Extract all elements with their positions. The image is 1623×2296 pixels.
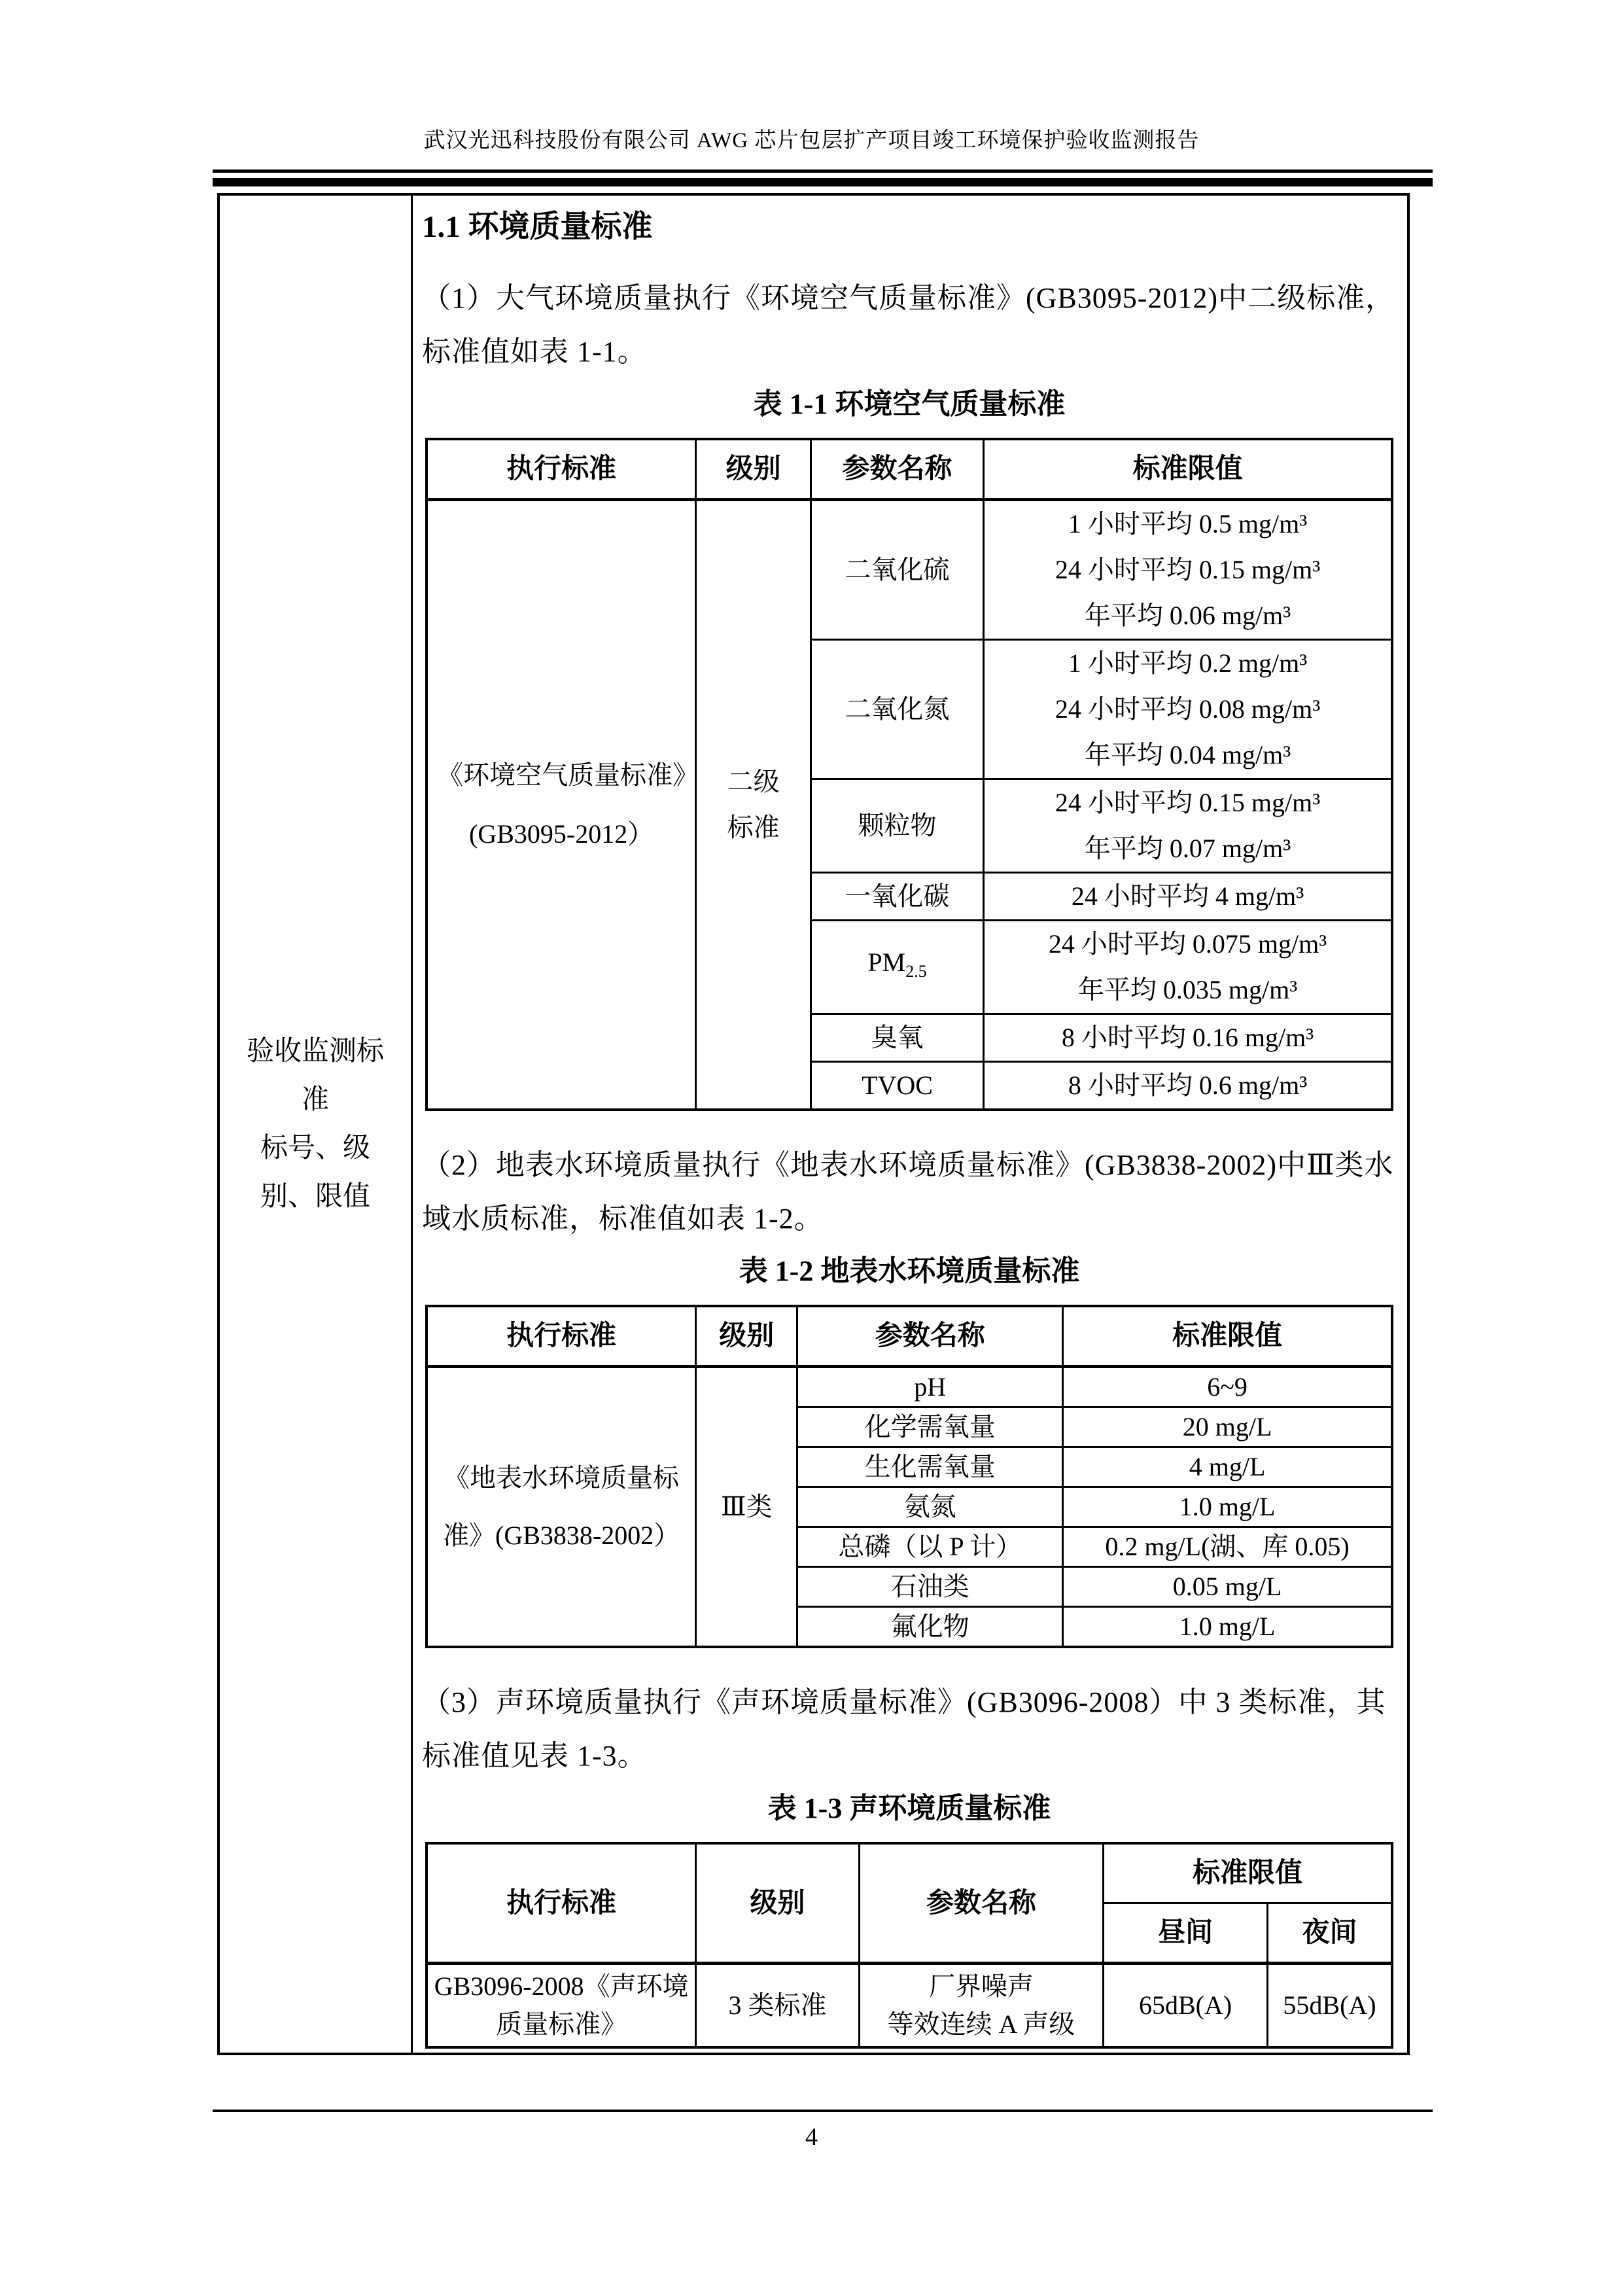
limit-line: 24 小时平均 4 mg/m³ [985,874,1391,919]
limit-cell: 6~9 [1063,1367,1392,1407]
param-cell: PM2.5 [811,921,983,1014]
air-quality-table: 执行标准 级别 参数名称 标准限值 《环境空气质量标准》(GB3095-2012… [425,438,1393,1111]
night-limit-cell: 55dB(A) [1268,1964,1392,2048]
param-cell: 二氧化氮 [811,640,983,779]
limit-line: 8 小时平均 0.16 mg/m³ [985,1015,1391,1061]
limit-line: 1 小时平均 0.5 mg/m³ [985,501,1391,547]
header-cell-standard: 执行标准 [427,439,696,500]
page-number: 4 [0,2119,1623,2155]
limit-line: 24 小时平均 0.08 mg/m³ [985,686,1391,732]
header-cell-limit: 标准限值 [1104,1843,1392,1903]
header-cell-param: 参数名称 [811,439,983,500]
param-cell: 一氧化碳 [811,873,983,921]
header-cell-standard: 执行标准 [427,1843,696,1964]
limit-cell: 4 mg/L [1063,1447,1392,1487]
param-cell: 生化需氧量 [797,1447,1063,1487]
header-cell-param: 参数名称 [797,1306,1063,1367]
limit-line: 年平均 0.06 mg/m³ [985,593,1391,639]
limit-cell: 1.0 mg/L [1063,1487,1392,1527]
limit-cell: 8 小时平均 0.16 mg/m³ [984,1014,1392,1062]
water-quality-table: 执行标准 级别 参数名称 标准限值 《地表水环境质量标准》(GB3838-200… [425,1305,1393,1648]
sidebar-label-detail: 标号、级别、限值 [244,1124,387,1221]
air-table-header-row: 执行标准 级别 参数名称 标准限值 [427,439,1392,500]
paragraph-air: （1）大气环境质量执行《环境空气质量标准》(GB3095-2012)中二级标准，… [422,272,1397,379]
standard-cell: GB3096-2008《声环境质量标准》 [427,1964,696,2048]
header-cell-nighttime: 夜间 [1268,1903,1392,1964]
limit-cell: 8 小时平均 0.6 mg/m³ [984,1062,1392,1110]
param-cell: 二氧化硫 [811,500,983,640]
limit-line: 24 小时平均 0.15 mg/m³ [985,780,1391,826]
param-cell: TVOC [811,1062,983,1110]
limit-cell: 24 小时平均 0.075 mg/m³ 年平均 0.035 mg/m³ [984,921,1392,1014]
limit-cell: 1.0 mg/L [1063,1607,1392,1648]
param-cell: 氨氮 [797,1487,1063,1527]
limit-line: 8 小时平均 0.6 mg/m³ [985,1063,1391,1108]
table-row-noise: GB3096-2008《声环境质量标准》 3 类标准 厂界噪声 等效连续 A 声… [427,1964,1392,2048]
level-cell: 二级标准 [696,500,811,1110]
param-label: PM [867,947,905,977]
main-frame: 验收监测标准 标号、级别、限值 1.1 环境质量标准 （1）大气环境质量执行《环… [217,193,1410,2055]
header-cell-daytime: 昼间 [1104,1903,1268,1964]
limit-line: 年平均 0.035 mg/m³ [985,967,1391,1013]
header-cell-limit: 标准限值 [984,439,1392,500]
limit-cell: 0.05 mg/L [1063,1567,1392,1607]
header-rule [213,169,1433,186]
air-table-caption: 表 1-1 环境空气质量标准 [422,387,1397,422]
param-cell: 总磷（以 P 计） [797,1527,1063,1567]
header-rule-thick [213,178,1433,186]
limit-line: 1 小时平均 0.2 mg/m³ [985,641,1391,686]
noise-table-caption: 表 1-3 声环境质量标准 [422,1791,1397,1826]
limit-cell: 1 小时平均 0.5 mg/m³ 24 小时平均 0.15 mg/m³ 年平均 … [984,500,1392,640]
header-cell-param: 参数名称 [859,1843,1103,1964]
level-cell: 3 类标准 [696,1964,859,2048]
table-row-so2: 《环境空气质量标准》(GB3095-2012） 二级标准 二氧化硫 1 小时平均… [427,500,1392,640]
table-row-ph: 《地表水环境质量标准》(GB3838-2002） Ⅲ类 pH 6~9 [427,1367,1392,1407]
param-cell: pH [797,1367,1063,1407]
paragraph-noise: （3）声环境质量执行《声环境质量标准》(GB3096-2008）中 3 类标准，… [422,1676,1397,1783]
standard-cell: 《环境空气质量标准》(GB3095-2012） [427,500,696,1110]
param-cell: 氟化物 [797,1607,1063,1648]
param-cell: 石油类 [797,1567,1063,1607]
paragraph-water: （2）地表水环境质量执行《地表水环境质量标准》(GB3838-2002)中Ⅲ类水… [422,1139,1397,1246]
limit-cell: 24 小时平均 0.15 mg/m³ 年平均 0.07 mg/m³ [984,779,1392,873]
header-cell-limit: 标准限值 [1063,1306,1392,1367]
header-rule-thin [213,169,1433,173]
param-cell: 化学需氧量 [797,1407,1063,1447]
param-subscript: 2.5 [905,962,927,981]
water-table-header-row: 执行标准 级别 参数名称 标准限值 [427,1306,1392,1367]
day-limit-cell: 65dB(A) [1104,1964,1268,2048]
noise-standard-table: 执行标准 级别 参数名称 标准限值 昼间 夜间 GB3096-2008《声环境质… [425,1842,1393,2049]
param-line: 等效连续 A 声级 [860,2005,1102,2043]
limit-cell: 0.2 mg/L(湖、库 0.05) [1063,1527,1392,1567]
footer-rule [213,2110,1433,2112]
water-table-caption: 表 1-2 地表水环境质量标准 [422,1254,1397,1289]
document-title: 武汉光迅科技股份有限公司 AWG 芯片包层扩产项目竣工环境保护验收监测报告 [0,123,1623,154]
content-cell: 1.1 环境质量标准 （1）大气环境质量执行《环境空气质量标准》(GB3095-… [413,196,1407,2053]
document-page: 武汉光迅科技股份有限公司 AWG 芯片包层扩产项目竣工环境保护验收监测报告 验收… [0,0,1623,2296]
header-cell-level: 级别 [696,439,811,500]
noise-table-header-row: 执行标准 级别 参数名称 标准限值 [427,1843,1392,1903]
param-cell: 臭氧 [811,1014,983,1062]
param-cell: 颗粒物 [811,779,983,873]
limit-line: 年平均 0.04 mg/m³ [985,732,1391,778]
sidebar-label-standard: 验收监测标准 [244,1027,387,1124]
limit-line: 年平均 0.07 mg/m³ [985,826,1391,872]
level-cell: Ⅲ类 [696,1367,797,1648]
section-heading: 1.1 环境质量标准 [422,210,1397,244]
limit-cell: 24 小时平均 4 mg/m³ [984,873,1392,921]
limit-cell: 20 mg/L [1063,1407,1392,1447]
limit-cell: 1 小时平均 0.2 mg/m³ 24 小时平均 0.08 mg/m³ 年平均 … [984,640,1392,779]
standard-cell: 《地表水环境质量标准》(GB3838-2002） [427,1367,696,1648]
header-cell-level: 级别 [696,1843,859,1964]
sidebar-cell: 验收监测标准 标号、级别、限值 [220,196,413,2053]
param-cell: 厂界噪声 等效连续 A 声级 [859,1964,1103,2048]
running-header: 武汉光迅科技股份有限公司 AWG 芯片包层扩产项目竣工环境保护验收监测报告 [0,0,1623,154]
limit-line: 24 小时平均 0.15 mg/m³ [985,547,1391,593]
param-line: 厂界噪声 [860,1968,1102,2005]
header-cell-standard: 执行标准 [427,1306,696,1367]
header-cell-level: 级别 [696,1306,797,1367]
limit-line: 24 小时平均 0.075 mg/m³ [985,921,1391,967]
